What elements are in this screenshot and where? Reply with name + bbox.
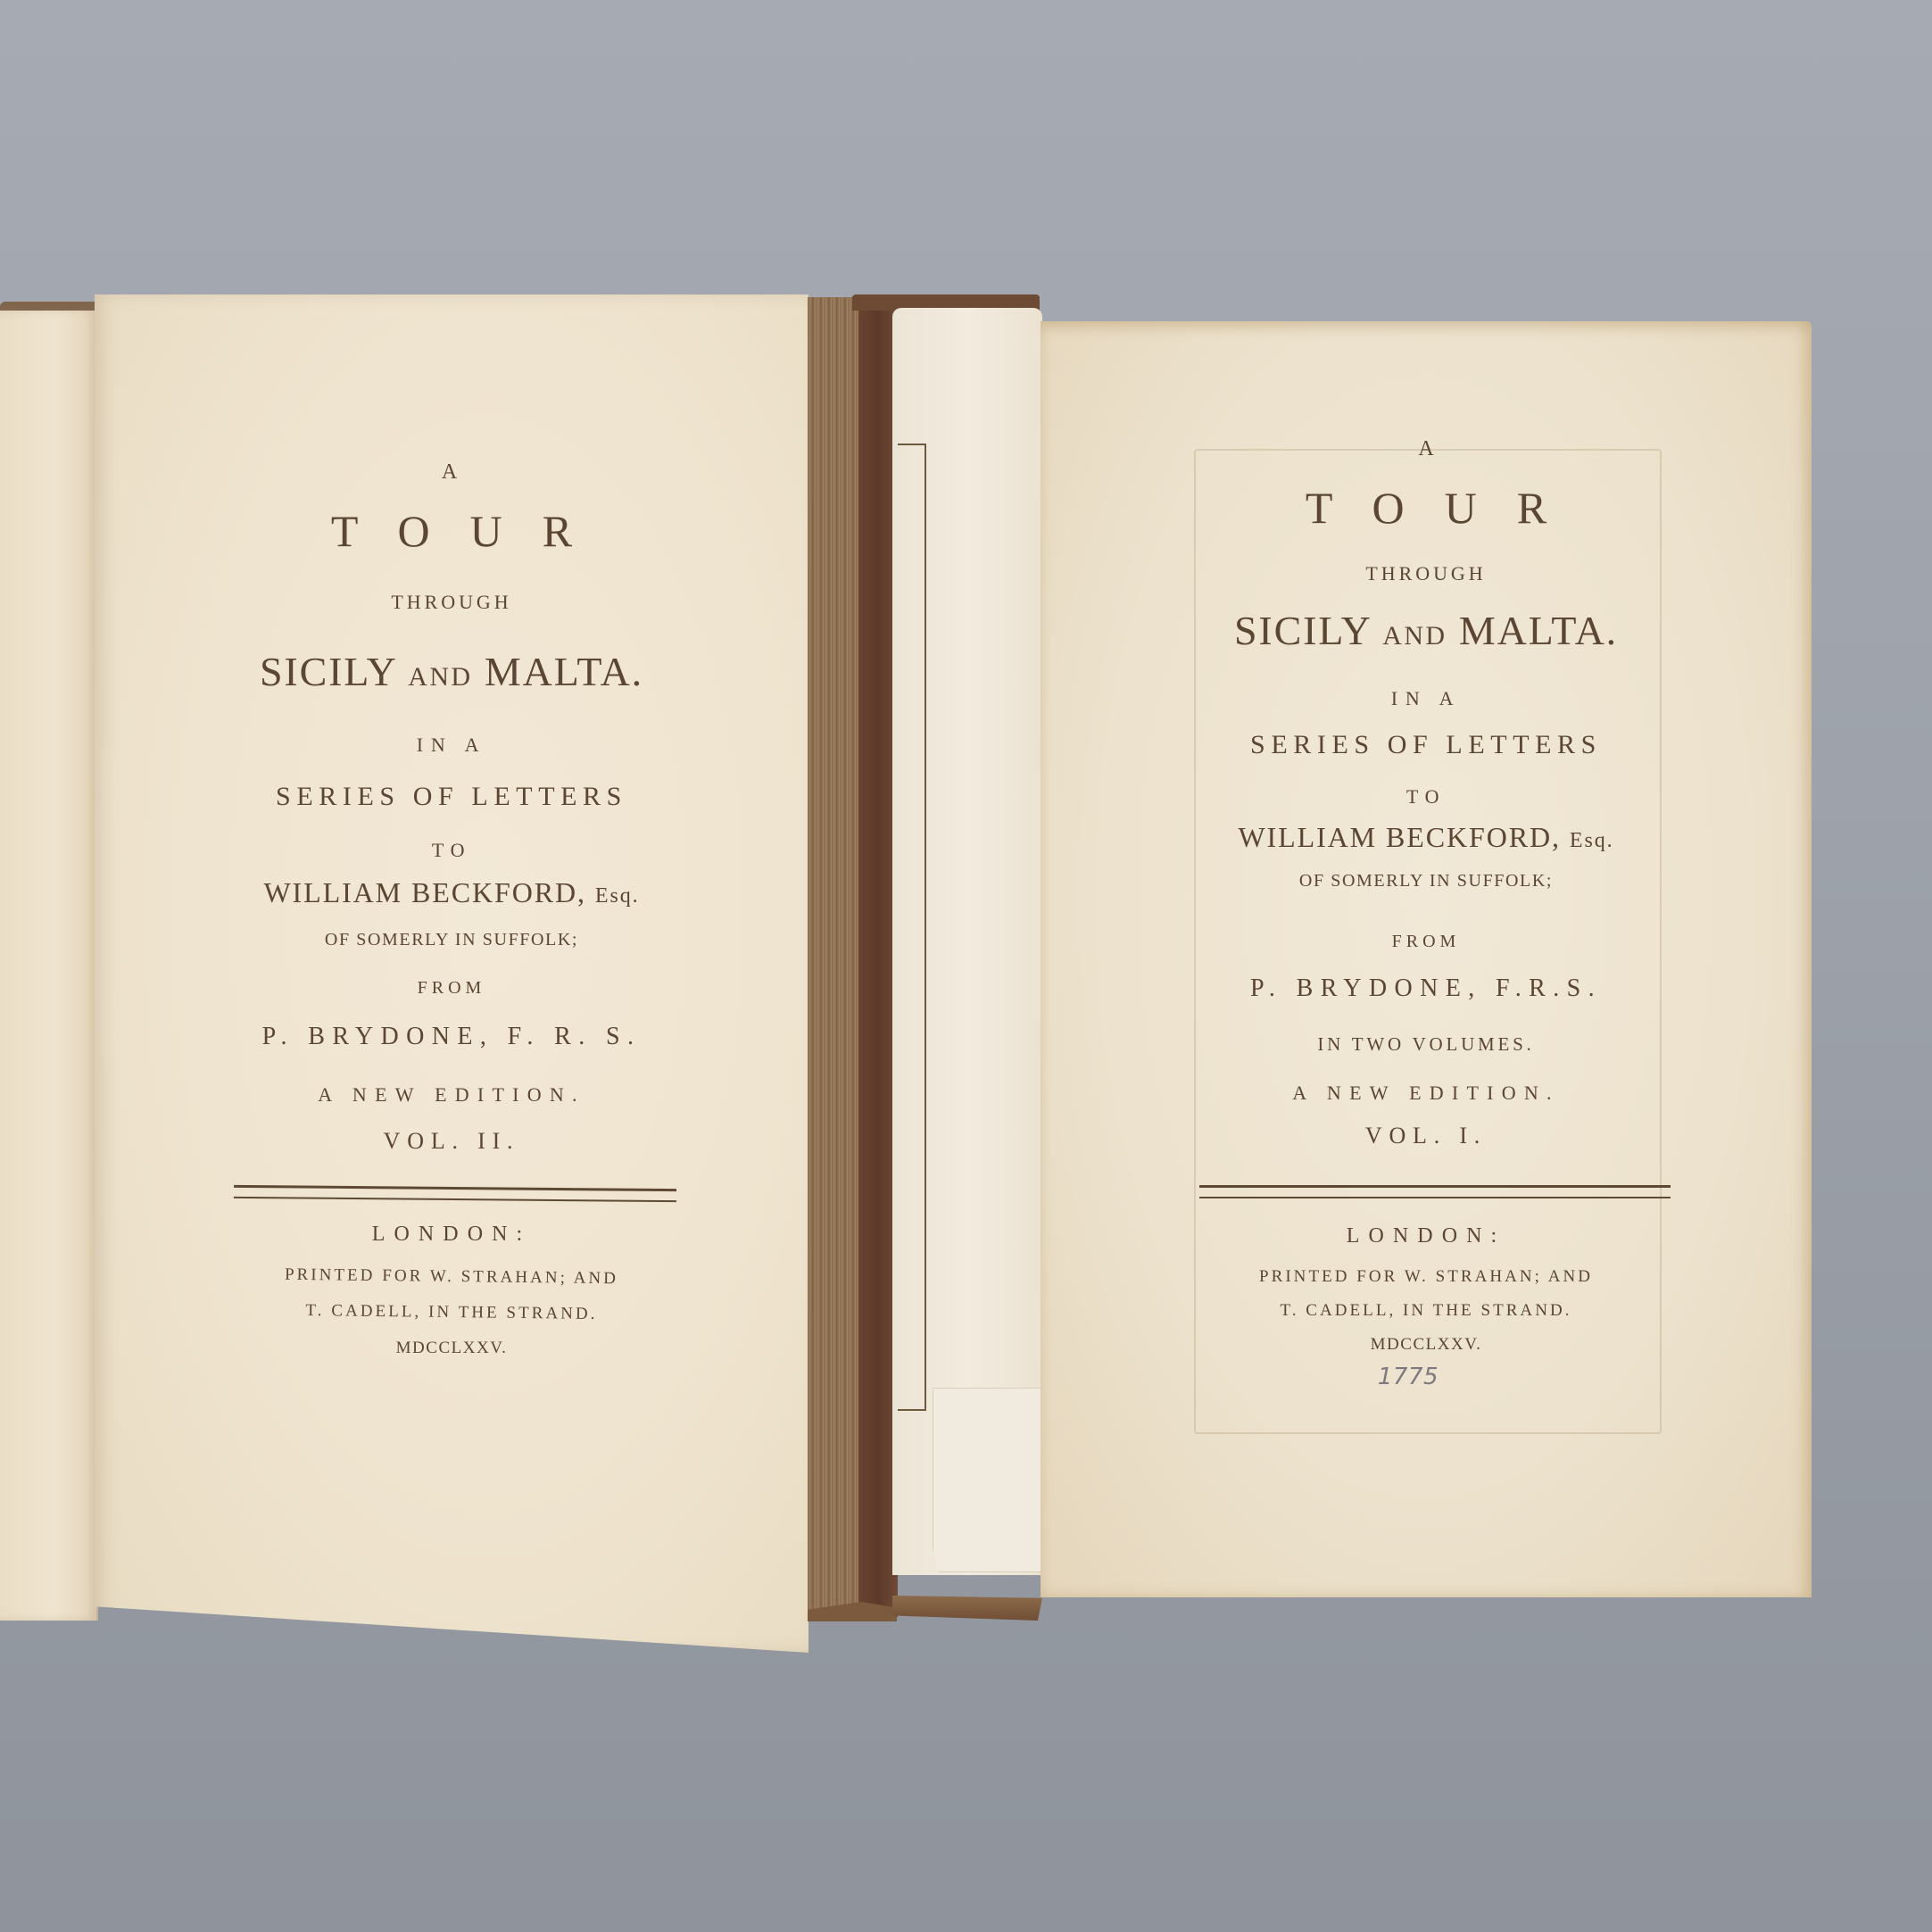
subtitle-to: TO [95, 839, 808, 862]
imprint-cadell: T. CADELL, IN THE STRAND. [1041, 1301, 1812, 1321]
double-rule [234, 1185, 676, 1202]
edition-statement: A NEW EDITION. [1041, 1082, 1812, 1105]
dedicatee-location: OF SOMERLY IN SUFFOLK; [95, 930, 808, 950]
left-title-page-text: A TOUR THROUGH SICILY AND MALTA. IN A SE… [95, 294, 808, 1633]
title-malta: MALTA. [1459, 608, 1618, 653]
right-title-page-text: A TOUR THROUGH SICILY AND MALTA. IN A SE… [1041, 321, 1812, 1597]
dedicatee-beckford: WILLIAM BECKFORD, [1238, 821, 1561, 853]
title-sicily: SICILY [1234, 608, 1371, 653]
author-name: P. BRYDONE, F.R.S. [1041, 974, 1812, 1003]
dedicatee-esq: Esq. [595, 884, 640, 908]
frontispiece-plate-border [898, 444, 926, 1411]
double-rule [1199, 1185, 1671, 1198]
title-and: AND [1382, 621, 1447, 651]
title-article: A [90, 460, 808, 485]
imprint-city: LONDON: [1041, 1224, 1812, 1248]
subtitle-to: TO [1041, 785, 1812, 808]
pencil-annotation: 1775 [1005, 1364, 1812, 1390]
title-malta: MALTA. [485, 649, 643, 694]
dedicatee-esq: Esq. [1570, 829, 1614, 852]
subtitle-in-a: IN A [1041, 687, 1812, 710]
volume-number: VOL. II. [95, 1128, 808, 1155]
title-word-tour: TOUR [95, 505, 808, 557]
title-through: THROUGH [95, 591, 808, 614]
title-and: AND [408, 662, 472, 692]
imprint-printers: PRINTED FOR W. STRAHAN; AND [1041, 1267, 1812, 1287]
title-article: A [1041, 437, 1812, 461]
title-sicily-and-malta: SICILY AND MALTA. [1041, 607, 1812, 654]
left-book-fore-edge [808, 297, 861, 1613]
dedicatee-location: OF SOMERLY IN SUFFOLK; [1041, 871, 1812, 891]
left-book-flyleaf [0, 311, 98, 1621]
imprint-printers: PRINTED FOR W. STRAHAN; AND [95, 1263, 808, 1291]
title-word-tour: TOUR [1041, 482, 1812, 534]
dedicatee-beckford: WILLIAM BECKFORD, [263, 876, 586, 908]
author-name: P. BRYDONE, F. R. S. [95, 1023, 808, 1051]
inserted-paper-slip [933, 1388, 1046, 1572]
dedicatee-name: WILLIAM BECKFORD, Esq. [1041, 821, 1812, 854]
imprint-year: MDCCLXXV. [95, 1339, 808, 1358]
imprint-year: MDCCLXXV. [1041, 1335, 1812, 1355]
subtitle-series-of-letters: SERIES OF LETTERS [95, 782, 808, 812]
volume-number: VOL. I. [1041, 1123, 1812, 1149]
title-through: THROUGH [1041, 562, 1812, 585]
title-sicily-and-malta: SICILY AND MALTA. [95, 648, 808, 695]
subtitle-series-of-letters: SERIES OF LETTERS [1041, 730, 1812, 760]
author-from: FROM [1041, 932, 1812, 952]
volumes-statement: IN TWO VOLUMES. [1041, 1033, 1812, 1056]
dedicatee-name: WILLIAM BECKFORD, Esq. [95, 876, 808, 909]
imprint-cadell: T. CADELL, IN THE STRAND. [95, 1298, 808, 1327]
author-from: FROM [95, 978, 808, 999]
subtitle-in-a: IN A [95, 734, 808, 757]
edition-statement: A NEW EDITION. [95, 1083, 808, 1107]
imprint-city: LONDON: [95, 1223, 808, 1247]
title-sicily: SICILY [260, 649, 396, 694]
